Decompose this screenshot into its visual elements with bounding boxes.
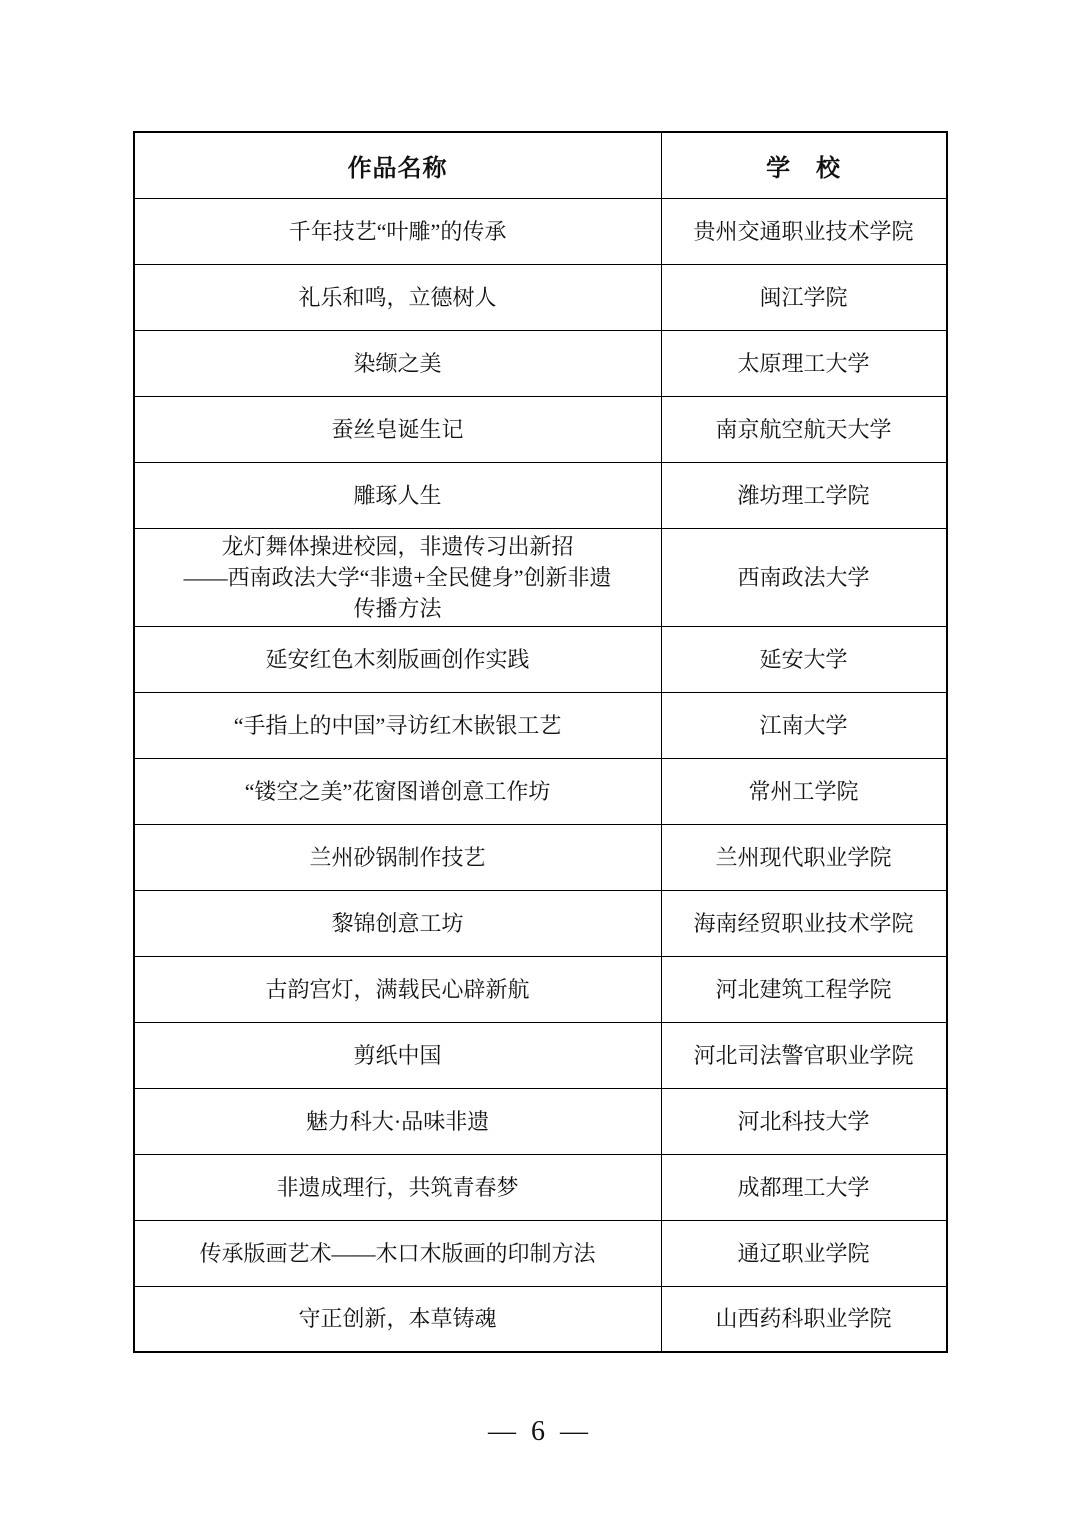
work-title-cell: “手指上的中国”寻访红木嵌银工艺 (134, 692, 662, 758)
table-row: 染缬之美太原理工大学 (134, 330, 947, 396)
school-cell: 通辽职业学院 (661, 1220, 946, 1286)
school-cell: 南京航空航天大学 (661, 396, 946, 462)
table-row: 传承版画艺术——木口木版画的印制方法通辽职业学院 (134, 1220, 947, 1286)
school-cell: 潍坊理工学院 (661, 462, 946, 528)
table-row: “手指上的中国”寻访红木嵌银工艺江南大学 (134, 692, 947, 758)
work-title-cell: 传承版画艺术——木口木版画的印制方法 (134, 1220, 662, 1286)
table-row: 蚕丝皂诞生记南京航空航天大学 (134, 396, 947, 462)
school-cell: 常州工学院 (661, 758, 946, 824)
school-cell: 闽江学院 (661, 264, 946, 330)
table-row: 龙灯舞体操进校园，非遗传习出新招 ——西南政法大学“非遗+全民健身”创新非遗 传… (134, 528, 947, 626)
work-title-cell: 礼乐和鸣，立德树人 (134, 264, 662, 330)
school-cell: 太原理工大学 (661, 330, 946, 396)
school-cell: 海南经贸职业技术学院 (661, 890, 946, 956)
work-title-cell: “镂空之美”花窗图谱创意工作坊 (134, 758, 662, 824)
school-cell: 河北司法警官职业学院 (661, 1022, 946, 1088)
school-cell: 河北建筑工程学院 (661, 956, 946, 1022)
work-title-cell: 千年技艺“叶雕”的传承 (134, 198, 662, 264)
school-cell: 延安大学 (661, 626, 946, 692)
works-schools-table: 作品名称 学 校 千年技艺“叶雕”的传承贵州交通职业技术学院礼乐和鸣，立德树人闽… (133, 131, 948, 1353)
school-cell: 河北科技大学 (661, 1088, 946, 1154)
work-title-cell: 魅力科大·品味非遗 (134, 1088, 662, 1154)
table-header-row: 作品名称 学 校 (134, 132, 947, 198)
school-cell: 西南政法大学 (661, 528, 946, 626)
work-title-cell: 黎锦创意工坊 (134, 890, 662, 956)
table-row: 雕琢人生潍坊理工学院 (134, 462, 947, 528)
table-body: 千年技艺“叶雕”的传承贵州交通职业技术学院礼乐和鸣，立德树人闽江学院染缬之美太原… (134, 198, 947, 1352)
table-row: 延安红色木刻版画创作实践延安大学 (134, 626, 947, 692)
school-cell: 山西药科职业学院 (661, 1286, 946, 1352)
work-title-cell: 延安红色木刻版画创作实践 (134, 626, 662, 692)
header-school: 学 校 (661, 132, 946, 198)
work-title-cell: 雕琢人生 (134, 462, 662, 528)
work-title-cell: 龙灯舞体操进校园，非遗传习出新招 ——西南政法大学“非遗+全民健身”创新非遗 传… (134, 528, 662, 626)
table-header: 作品名称 学 校 (134, 132, 947, 198)
school-cell: 成都理工大学 (661, 1154, 946, 1220)
work-title-cell: 蚕丝皂诞生记 (134, 396, 662, 462)
header-work-title: 作品名称 (134, 132, 662, 198)
school-cell: 贵州交通职业技术学院 (661, 198, 946, 264)
table-row: 千年技艺“叶雕”的传承贵州交通职业技术学院 (134, 198, 947, 264)
work-title-cell: 守正创新，本草铸魂 (134, 1286, 662, 1352)
table-row: 兰州砂锅制作技艺兰州现代职业学院 (134, 824, 947, 890)
work-title-cell: 古韵宫灯，满载民心辟新航 (134, 956, 662, 1022)
table-row: 古韵宫灯，满载民心辟新航河北建筑工程学院 (134, 956, 947, 1022)
table-row: 黎锦创意工坊海南经贸职业技术学院 (134, 890, 947, 956)
table-row: 礼乐和鸣，立德树人闽江学院 (134, 264, 947, 330)
work-title-cell: 兰州砂锅制作技艺 (134, 824, 662, 890)
table-row: 剪纸中国河北司法警官职业学院 (134, 1022, 947, 1088)
work-title-cell: 非遗成理行，共筑青春梦 (134, 1154, 662, 1220)
page-number: — 6 — (0, 1416, 1080, 1448)
school-cell: 兰州现代职业学院 (661, 824, 946, 890)
table-row: 魅力科大·品味非遗河北科技大学 (134, 1088, 947, 1154)
table-row: 非遗成理行，共筑青春梦成都理工大学 (134, 1154, 947, 1220)
work-title-cell: 染缬之美 (134, 330, 662, 396)
table-row: 守正创新，本草铸魂山西药科职业学院 (134, 1286, 947, 1352)
table-row: “镂空之美”花窗图谱创意工作坊常州工学院 (134, 758, 947, 824)
school-cell: 江南大学 (661, 692, 946, 758)
work-title-cell: 剪纸中国 (134, 1022, 662, 1088)
